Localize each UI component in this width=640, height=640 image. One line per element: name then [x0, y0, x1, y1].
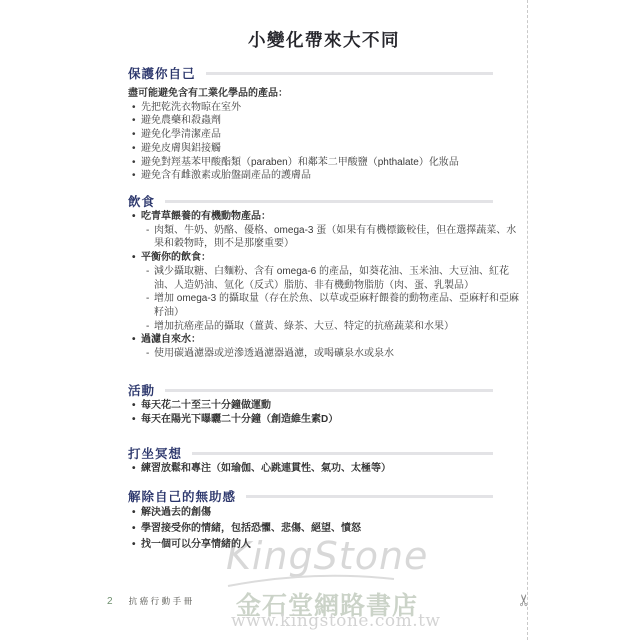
vertical-dashed-cut-line — [527, 0, 528, 640]
section-heading-row: 活動 — [128, 381, 520, 399]
bullet-item: • 避免化學清潔產品 — [132, 128, 520, 142]
sub-bullet-item: - 減少攝取糖、白麵粉、含有 omega-6 的產品，如葵花油、玉米油、大豆油、… — [146, 265, 520, 292]
bullet-item: • 過濾自來水： — [132, 333, 520, 347]
section-heading-row: 保護你自己 — [128, 64, 520, 82]
sub-bullet-text: 使用碳過濾器或逆滲透過濾器過濾，或喝礦泉水或泉水 — [154, 347, 520, 361]
bullet-item: • 練習放鬆和專注（如瑜伽、心跳連貫性、氣功、太極等） — [132, 462, 520, 476]
dash-icon: - — [146, 224, 154, 251]
bullet-text: 找一個可以分享情緒的人 — [141, 537, 520, 553]
list-intro: 盡可能避免含有工業化學品的產品： — [128, 87, 520, 101]
bullet-item: • 平衡你的飲食： — [132, 251, 520, 265]
sub-bullet-item: - 使用碳過濾器或逆滲透過濾器過濾，或喝礦泉水或泉水 — [146, 347, 520, 361]
section-protect-yourself: 保護你自己 盡可能避免含有工業化學品的產品： • 先把乾洗衣物晾在室外 • 避免… — [128, 64, 520, 183]
bullet-text: 每天在陽光下曝曬二十分鐘（創造維生素D） — [141, 413, 520, 427]
bookstore-url-watermark: www.kingstone.com.tw — [231, 611, 440, 631]
bullet-dot-icon: • — [132, 399, 141, 413]
scissors-icon: ✂ — [518, 593, 534, 606]
bullet-text: 每天花二十至三十分鐘做運動 — [141, 399, 520, 413]
bullet-dot-icon: • — [132, 114, 141, 128]
section-heading-rule — [192, 452, 493, 455]
bullet-item: • 每天在陽光下曝曬二十分鐘（創造維生素D） — [132, 413, 520, 427]
section-meditation: 打坐冥想 • 練習放鬆和專注（如瑜伽、心跳連貫性、氣功、太極等） — [128, 444, 520, 476]
bullet-item: • 先把乾洗衣物晾在室外 — [132, 101, 520, 115]
bullet-dot-icon: • — [132, 333, 141, 347]
bullet-item: • 避免皮膚與鋁接觸 — [132, 142, 520, 156]
section-heading-label: 打坐冥想 — [128, 444, 182, 462]
sub-bullet-item: - 增加 omega-3 的攝取量（存在於魚、以草或亞麻籽餵養的動物產品、亞麻籽… — [146, 292, 520, 319]
bullet-text: 避免含有雌激素或胎盤副產品的護膚品 — [141, 169, 520, 183]
page-title: 小變化帶來大不同 — [128, 27, 520, 52]
section-heading-label: 解除自己的無助感 — [128, 487, 236, 505]
bullet-item: • 解決過去的創傷 — [132, 505, 520, 521]
section-activity: 活動 • 每天花二十至三十分鐘做運動 • 每天在陽光下曝曬二十分鐘（創造維生素D… — [128, 381, 520, 426]
bullet-text: 避免化學清潔產品 — [141, 128, 520, 142]
bullet-dot-icon: • — [132, 169, 141, 183]
bullet-item: • 每天花二十至三十分鐘做運動 — [132, 399, 520, 413]
section-heading-rule — [165, 389, 493, 392]
section-heading-row: 解除自己的無助感 — [128, 487, 520, 505]
intro-text: 盡可能避免含有工業化學品的產品： — [128, 87, 520, 101]
bullet-text: 避免農藥和殺蟲劑 — [141, 114, 520, 128]
footer-page-number: 2 — [107, 596, 113, 607]
bullet-dot-icon: • — [132, 101, 141, 115]
bullet-dot-icon: • — [132, 462, 141, 476]
section-heading-label: 活動 — [128, 381, 155, 399]
bullet-text: 避免皮膚與鋁接觸 — [141, 142, 520, 156]
page-footer: 2 抗癌行動手冊 — [107, 595, 195, 607]
bullet-item: • 避免農藥和殺蟲劑 — [132, 114, 520, 128]
section-heading-rule — [246, 495, 493, 498]
section-heading-label: 保護你自己 — [128, 64, 196, 82]
sub-bullet-text: 增加 omega-3 的攝取量（存在於魚、以草或亞麻籽餵養的動物產品、亞麻籽和亞… — [154, 292, 520, 319]
section-heading-rule — [206, 72, 493, 75]
bullet-dot-icon: • — [132, 142, 141, 156]
bullet-dot-icon: • — [132, 251, 141, 265]
section-heading-label: 飲食 — [128, 192, 155, 210]
bullet-text: 過濾自來水： — [141, 333, 520, 347]
bullet-item: • 避免對羥基苯甲酸酯類（paraben）和鄰苯二甲酸鹽（phthalate）化… — [132, 156, 520, 170]
sub-bullet-text: 肉類、牛奶、奶酪、優格、omega-3 蛋（如果有有機標籤較佳，但在選擇蔬菜、水… — [154, 224, 520, 251]
bullet-text: 學習接受你的情緒，包括恐懼、悲傷、絕望、憤怒 — [141, 521, 520, 537]
section-heading-rule — [165, 200, 493, 203]
bullet-text: 吃青草餵養的有機動物產品： — [141, 210, 520, 224]
bullet-dot-icon: • — [132, 505, 141, 521]
bullet-item: • 避免含有雌激素或胎盤副產品的護膚品 — [132, 169, 520, 183]
section-release-helplessness: 解除自己的無助感 • 解決過去的創傷 • 學習接受你的情緒，包括恐懼、悲傷、絕望… — [128, 487, 520, 553]
bullet-item: • 找一個可以分享情緒的人 — [132, 537, 520, 553]
section-heading-row: 打坐冥想 — [128, 444, 520, 462]
bullet-dot-icon: • — [132, 521, 141, 537]
bullet-dot-icon: • — [132, 210, 141, 224]
bullet-text: 平衡你的飲食： — [141, 251, 520, 265]
section-heading-row: 飲食 — [128, 192, 520, 210]
dash-icon: - — [146, 320, 154, 334]
sub-bullet-text: 增加抗癌產品的攝取（薑黃、綠茶、大豆、特定的抗癌蔬菜和水果） — [154, 320, 520, 334]
dash-icon: - — [146, 265, 154, 292]
dash-icon: - — [146, 347, 154, 361]
bullet-dot-icon: • — [132, 413, 141, 427]
dash-icon: - — [146, 292, 154, 319]
bullet-dot-icon: • — [132, 128, 141, 142]
bullet-text: 避免對羥基苯甲酸酯類（paraben）和鄰苯二甲酸鹽（phthalate）化妝品 — [141, 156, 520, 170]
bullet-dot-icon: • — [132, 537, 141, 553]
sub-bullet-item: - 增加抗癌產品的攝取（薑黃、綠茶、大豆、特定的抗癌蔬菜和水果） — [146, 320, 520, 334]
book-page: KingStone 金石堂網路書店 www.kingstone.com.tw ✂… — [0, 0, 640, 640]
sub-bullet-text: 減少攝取糖、白麵粉、含有 omega-6 的產品，如葵花油、玉米油、大豆油、紅花… — [154, 265, 520, 292]
bullet-text: 練習放鬆和專注（如瑜伽、心跳連貫性、氣功、太極等） — [141, 462, 520, 476]
footer-book-title: 抗癌行動手冊 — [129, 595, 195, 607]
bullet-item: • 學習接受你的情緒，包括恐懼、悲傷、絕望、憤怒 — [132, 521, 520, 537]
section-diet: 飲食 • 吃青草餵養的有機動物產品： - 肉類、牛奶、奶酪、優格、omega-3… — [128, 192, 520, 361]
bullet-dot-icon: • — [132, 156, 141, 170]
bullet-item: • 吃青草餵養的有機動物產品： — [132, 210, 520, 224]
bullet-text: 先把乾洗衣物晾在室外 — [141, 101, 520, 115]
sub-bullet-item: - 肉類、牛奶、奶酪、優格、omega-3 蛋（如果有有機標籤較佳，但在選擇蔬菜… — [146, 224, 520, 251]
bullet-text: 解決過去的創傷 — [141, 505, 520, 521]
